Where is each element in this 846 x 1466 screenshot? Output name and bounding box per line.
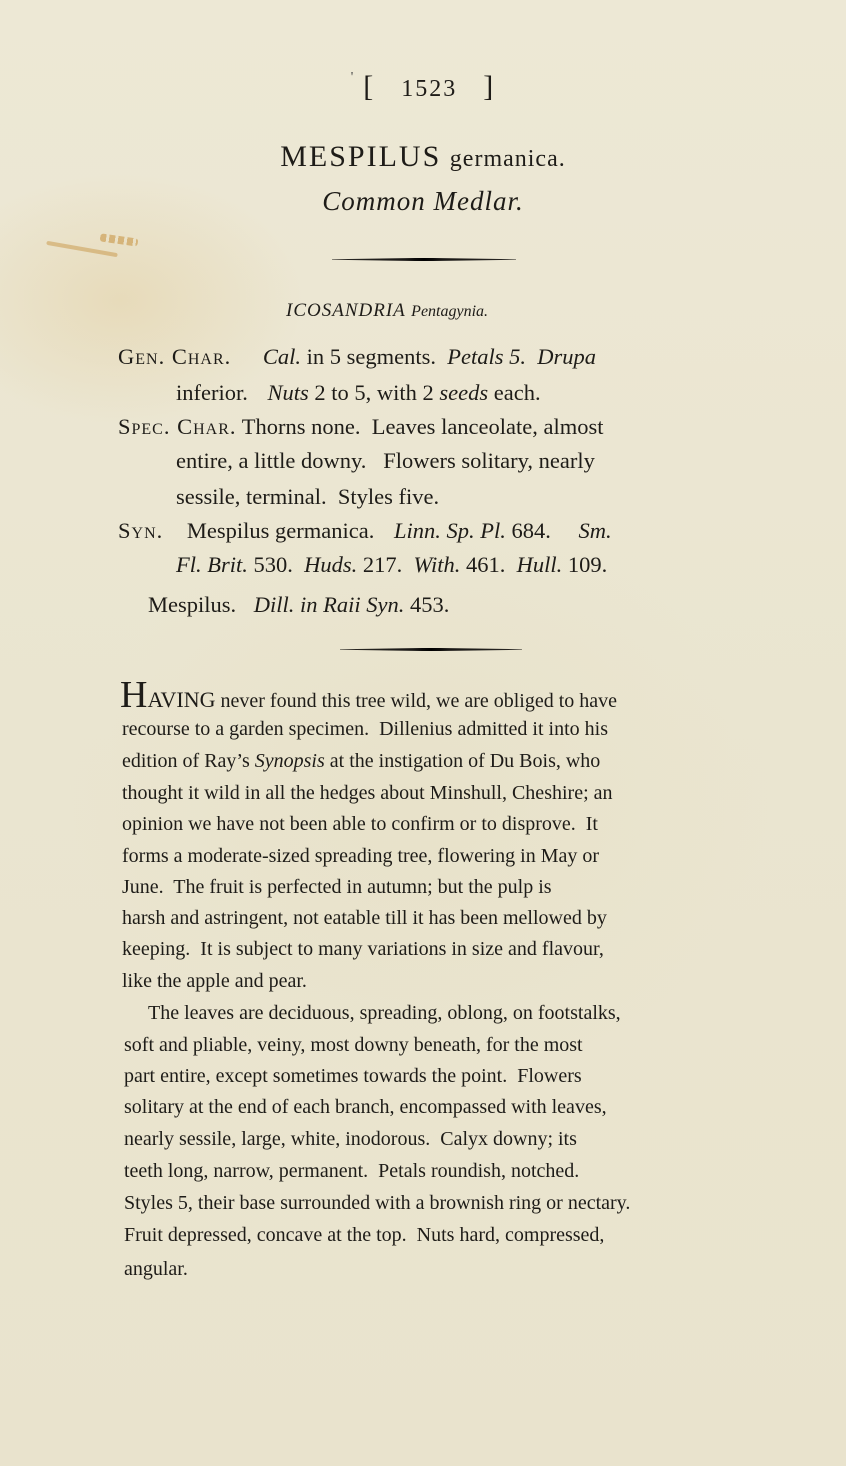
gen-char-line-2: inferior. Nuts 2 to 5, with 2 seeds each… (176, 380, 541, 406)
paper-stain (46, 241, 118, 257)
paragraph-1-line-9: keeping. It is subject to many variation… (122, 938, 604, 961)
paragraph-1-line-3: edition of Ray’s Synopsis at the instiga… (122, 750, 600, 773)
paragraph-1-line-6: forms a moderate-sized spreading tree, f… (122, 845, 599, 868)
paragraph-1-line-7: June. The fruit is perfected in autumn; … (122, 876, 552, 899)
ornamental-rule (340, 648, 522, 651)
paragraph-2-line-9: angular. (124, 1258, 188, 1281)
page-number: 1523 (401, 76, 457, 102)
paragraph-1-line-4: thought it wild in all the hedges about … (122, 782, 613, 805)
gen-char-line-1: Gen. Char. Cal. in 5 segments. Petals 5.… (118, 344, 596, 370)
paper-stain (100, 233, 139, 246)
paragraph-1-line-8: harsh and astringent, not eatable till i… (122, 907, 607, 930)
spec-char-line-3: sessile, terminal. Styles five. (176, 484, 439, 510)
genus-name: MESPILUS (280, 140, 441, 173)
drop-cap: H (120, 674, 147, 716)
paragraph-2-line-8: Fruit depressed, concave at the top. Nut… (124, 1224, 604, 1247)
syn-label: Syn. (118, 518, 163, 543)
syn-line-3: Mespilus. Dill. in Raii Syn. 453. (148, 592, 449, 618)
spec-char-line-2: entire, a little downy. Flowers solitary… (176, 448, 595, 474)
linnaean-classification: ICOSANDRIA Pentagynia. (286, 300, 488, 322)
spec-char-label: Spec. Char. (118, 414, 237, 439)
syn-line-1: Syn. Mespilus germanica. Linn. Sp. Pl. 6… (118, 518, 612, 544)
paragraph-2-line-4: solitary at the end of each branch, enco… (124, 1096, 607, 1119)
paragraph-1-line-5: opinion we have not been able to confirm… (122, 813, 598, 836)
spec-char-line-1: Spec. Char. Thorns none. Leaves lanceola… (118, 414, 604, 440)
paragraph-2-line-6: teeth long, narrow, permanent. Petals ro… (124, 1160, 579, 1183)
species-name: germanica. (450, 146, 566, 172)
gen-char-label: Gen. Char. (118, 344, 231, 369)
paragraph-1-line-1: HAVING never found this tree wild, we ar… (120, 676, 617, 714)
paragraph-1-line-10: like the apple and pear. (122, 970, 307, 993)
paragraph-2-line-1: The leaves are deciduous, spreading, obl… (148, 1002, 621, 1025)
syn-line-2: Fl. Brit. 530. Huds. 217. With. 461. Hul… (176, 552, 607, 578)
book-page: '[1523] MESPILUS germanica. Common Medla… (0, 0, 846, 1466)
paragraph-2-line-2: soft and pliable, veiny, most downy bene… (124, 1034, 583, 1057)
ornamental-rule (332, 258, 516, 261)
page-title: MESPILUS germanica. (0, 140, 846, 174)
common-name: Common Medlar. (0, 186, 846, 217)
printer-mark: ' (351, 70, 356, 85)
paragraph-2-line-3: part entire, except sometimes towards th… (124, 1065, 582, 1088)
paragraph-2-line-5: nearly sessile, large, white, inodorous.… (124, 1128, 577, 1151)
paragraph-1-line-2: recourse to a garden specimen. Dillenius… (122, 718, 608, 741)
paragraph-2-line-7: Styles 5, their base surrounded with a b… (124, 1192, 630, 1215)
order-name: Pentagynia. (411, 303, 488, 320)
page-number-header: '[1523] (0, 70, 846, 104)
class-name: ICOSANDRIA (286, 300, 405, 321)
